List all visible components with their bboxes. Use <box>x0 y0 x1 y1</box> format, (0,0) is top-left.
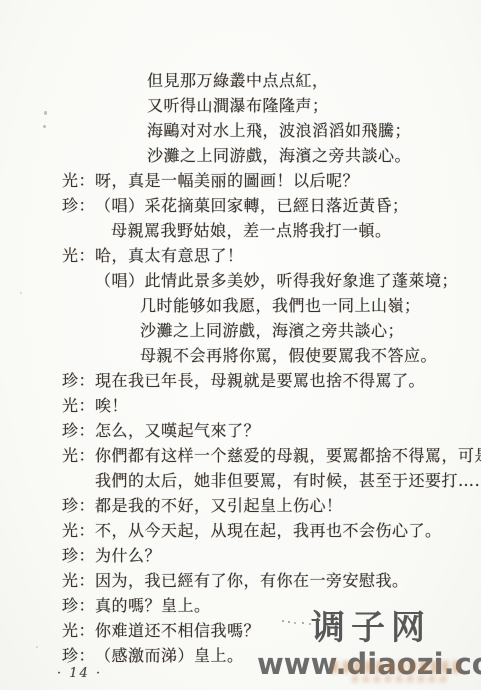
line-text: 因为，我已經有了你，有你在一旁安慰我。 <box>95 571 409 590</box>
verse-line: （唱）此情此景多美妙，听得我好象進了蓬萊境； <box>95 270 458 292</box>
dialogue-line: 光：呀，真是一幅美丽的圖画！以后呢？ <box>62 170 359 192</box>
speaker-label: 珍： <box>62 370 95 392</box>
line-text: 怎么，又嘆起气來了？ <box>95 421 260 440</box>
line-text: 都是我的不好，又引起皇上伤心！ <box>95 496 343 515</box>
line-text: 哈，真太有意思了！ <box>95 246 244 265</box>
dialogue-line: 珍：为什么？ <box>62 545 161 567</box>
verse-line: 我們的太后，她非但要罵，有时候，甚至于还要打…… <box>95 470 481 492</box>
speaker-label: 光： <box>62 520 95 542</box>
faint-overprint-artifact <box>352 676 448 682</box>
speaker-label: 光： <box>62 620 95 642</box>
line-text: （感激而涕）皇上。 <box>95 646 244 665</box>
line-text: （唱）采花摘菓回家轉，已經日落近黃昏； <box>95 196 409 215</box>
scan-dots-artifact <box>282 620 284 622</box>
dialogue-line: 珍：（感激而涕）皇上。 <box>62 645 244 667</box>
page-number: · 14 · <box>57 666 102 681</box>
dialogue-line: 光：唉！ <box>62 395 128 417</box>
dialogue-line: 珍：怎么，又嘆起气來了？ <box>62 420 260 442</box>
line-text: 不，从今天起，从現在起，我再也不会伤心了。 <box>95 521 442 540</box>
line-text: 真的嗎？皇上。 <box>95 596 211 615</box>
speaker-label: 珍： <box>62 545 95 567</box>
scan-speck <box>44 111 47 115</box>
speaker-label: 珍： <box>62 495 95 517</box>
line-text: 几时能够如我愿，我們也一同上山嶺； <box>140 296 421 315</box>
verse-line: 又听得山澗瀑布隆隆声； <box>147 95 329 117</box>
speaker-label: 珍： <box>62 195 95 217</box>
line-text: 母親不会再將你罵，假使要罵我不答应。 <box>140 346 437 365</box>
script-text-area: 但見那万綠叢中点点紅，又听得山澗瀑布隆隆声；海鷗对对水上飛，波浪滔滔如飛騰；沙灘… <box>0 0 481 690</box>
dialogue-line: 珍：（唱）采花摘菓回家轉，已經日落近黃昏； <box>62 195 409 217</box>
speaker-label: 光： <box>62 570 95 592</box>
speaker-label: 珍： <box>62 645 95 667</box>
speaker-label: 光： <box>62 445 95 467</box>
line-text: 你們都有这样一个慈爱的母親，要罵都捨不得罵，可是 <box>95 446 481 465</box>
line-text: 沙灘之上同游戲，海濱之旁共談心； <box>140 321 404 340</box>
verse-line: 海鷗对对水上飛，波浪滔滔如飛騰； <box>147 120 411 142</box>
faint-overprint-artifact <box>332 661 460 673</box>
verse-line: 母親罵我野姑娘，差一点將我打一頓。 <box>111 220 392 242</box>
speaker-label: 光： <box>62 395 95 417</box>
book-page: 但見那万綠叢中点点紅，又听得山澗瀑布隆隆声；海鷗对对水上飛，波浪滔滔如飛騰；沙灘… <box>0 0 481 690</box>
line-text: 現在我已年長，母親就是要罵也捨不得罵了。 <box>95 371 425 390</box>
line-text: 但見那万綠叢中点点紅， <box>147 71 329 90</box>
scan-speck <box>43 125 46 128</box>
line-text: 你难道还不相信我嗎？ <box>95 621 260 640</box>
line-text: 沙灘之上同游戲，海濱之旁共談心。 <box>147 146 411 165</box>
dialogue-line: 光：哈，真太有意思了！ <box>62 245 244 267</box>
verse-line: 几时能够如我愿，我們也一同上山嶺； <box>140 295 421 317</box>
line-text: 唉！ <box>95 396 128 415</box>
line-text: 为什么？ <box>95 546 161 565</box>
line-text: 海鷗对对水上飛，波浪滔滔如飛騰； <box>147 121 411 140</box>
dialogue-line: 光：你难道还不相信我嗎？ <box>62 620 260 642</box>
scan-speck <box>36 646 38 648</box>
speaker-label: 珍： <box>62 420 95 442</box>
verse-line: 母親不会再將你罵，假使要罵我不答应。 <box>140 345 437 367</box>
speaker-label: 珍： <box>62 595 95 617</box>
speaker-label: 光： <box>62 245 95 267</box>
line-text: 呀，真是一幅美丽的圖画！以后呢？ <box>95 171 359 190</box>
dialogue-line: 珍：真的嗎？皇上。 <box>62 595 211 617</box>
dialogue-line: 光：因为，我已經有了你，有你在一旁安慰我。 <box>62 570 409 592</box>
dialogue-line: 珍：現在我已年長，母親就是要罵也捨不得罵了。 <box>62 370 425 392</box>
line-text: 又听得山澗瀑布隆隆声； <box>147 96 329 115</box>
line-text: 母親罵我野姑娘，差一点將我打一頓。 <box>111 221 392 240</box>
verse-line: 沙灘之上同游戲，海濱之旁共談心。 <box>147 145 411 167</box>
line-text: 我們的太后，她非但要罵，有时候，甚至于还要打…… <box>95 471 481 490</box>
scan-speck <box>20 292 22 294</box>
verse-line: 沙灘之上同游戲，海濱之旁共談心； <box>140 320 404 342</box>
speaker-label: 光： <box>62 170 95 192</box>
verse-line: 但見那万綠叢中点点紅， <box>147 70 329 92</box>
line-text: （唱）此情此景多美妙，听得我好象進了蓬萊境； <box>95 271 458 290</box>
dialogue-line: 珍：都是我的不好，又引起皇上伤心！ <box>62 495 343 517</box>
dialogue-line: 光：不，从今天起，从現在起，我再也不会伤心了。 <box>62 520 442 542</box>
dialogue-line: 光：你們都有这样一个慈爱的母親，要罵都捨不得罵，可是 <box>62 445 481 467</box>
